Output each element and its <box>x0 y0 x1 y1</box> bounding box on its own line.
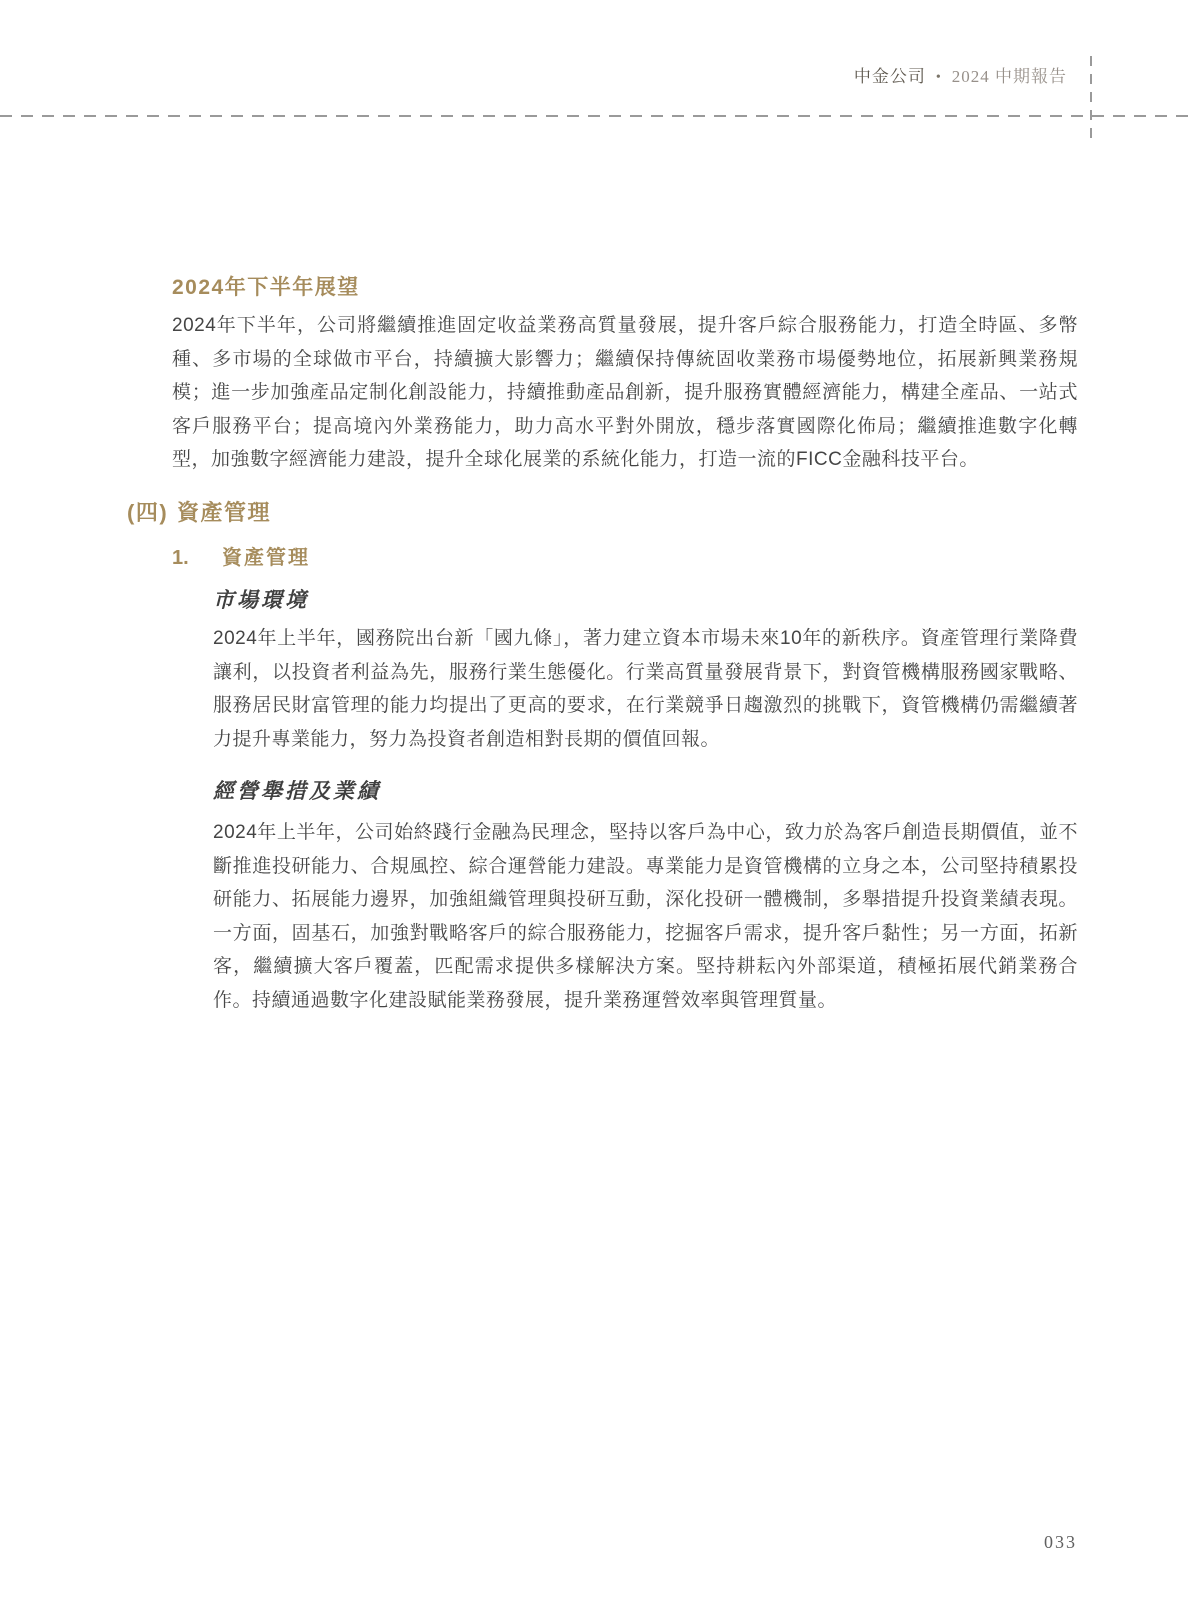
section-heading-asset-management: (四)資產管理 <box>127 496 271 527</box>
operations-results-paragraph: 2024年上半年，公司始終踐行金融為民理念，堅持以客戶為中心，致力於為客戶創造長… <box>213 816 1078 1017</box>
running-header: 中金公司•2024 中期報告 <box>854 62 1067 87</box>
market-environment-heading: 市場環境 <box>213 584 309 614</box>
outlook-heading: 2024年下半年展望 <box>172 271 360 301</box>
header-bullet-separator: • <box>936 70 942 85</box>
subsection-title: 資產管理 <box>222 547 310 569</box>
outlook-paragraph: 2024年下半年，公司將繼續推進固定收益業務高質量發展，提升客戶綜合服務能力，打… <box>172 309 1078 477</box>
page-number: 033 <box>1044 1532 1077 1553</box>
subsection-number: 1. <box>172 547 222 570</box>
subsection-heading-asset-management: 1.資產管理 <box>172 541 310 570</box>
header-company-name: 中金公司 <box>854 67 926 86</box>
header-vertical-dashed-rule <box>1090 56 1092 138</box>
market-environment-paragraph: 2024年上半年，國務院出台新「國九條」，著力建立資本市場未來10年的新秩序。資… <box>213 622 1078 756</box>
operations-results-heading: 經營舉措及業績 <box>213 775 381 805</box>
header-horizontal-dashed-rule <box>0 115 1190 117</box>
report-page: 中金公司•2024 中期報告 2024年下半年展望 2024年下半年，公司將繼續… <box>0 0 1190 1615</box>
section-number: (四) <box>127 496 177 527</box>
header-report-title: 2024 中期報告 <box>952 67 1067 86</box>
section-title: 資產管理 <box>177 500 271 525</box>
